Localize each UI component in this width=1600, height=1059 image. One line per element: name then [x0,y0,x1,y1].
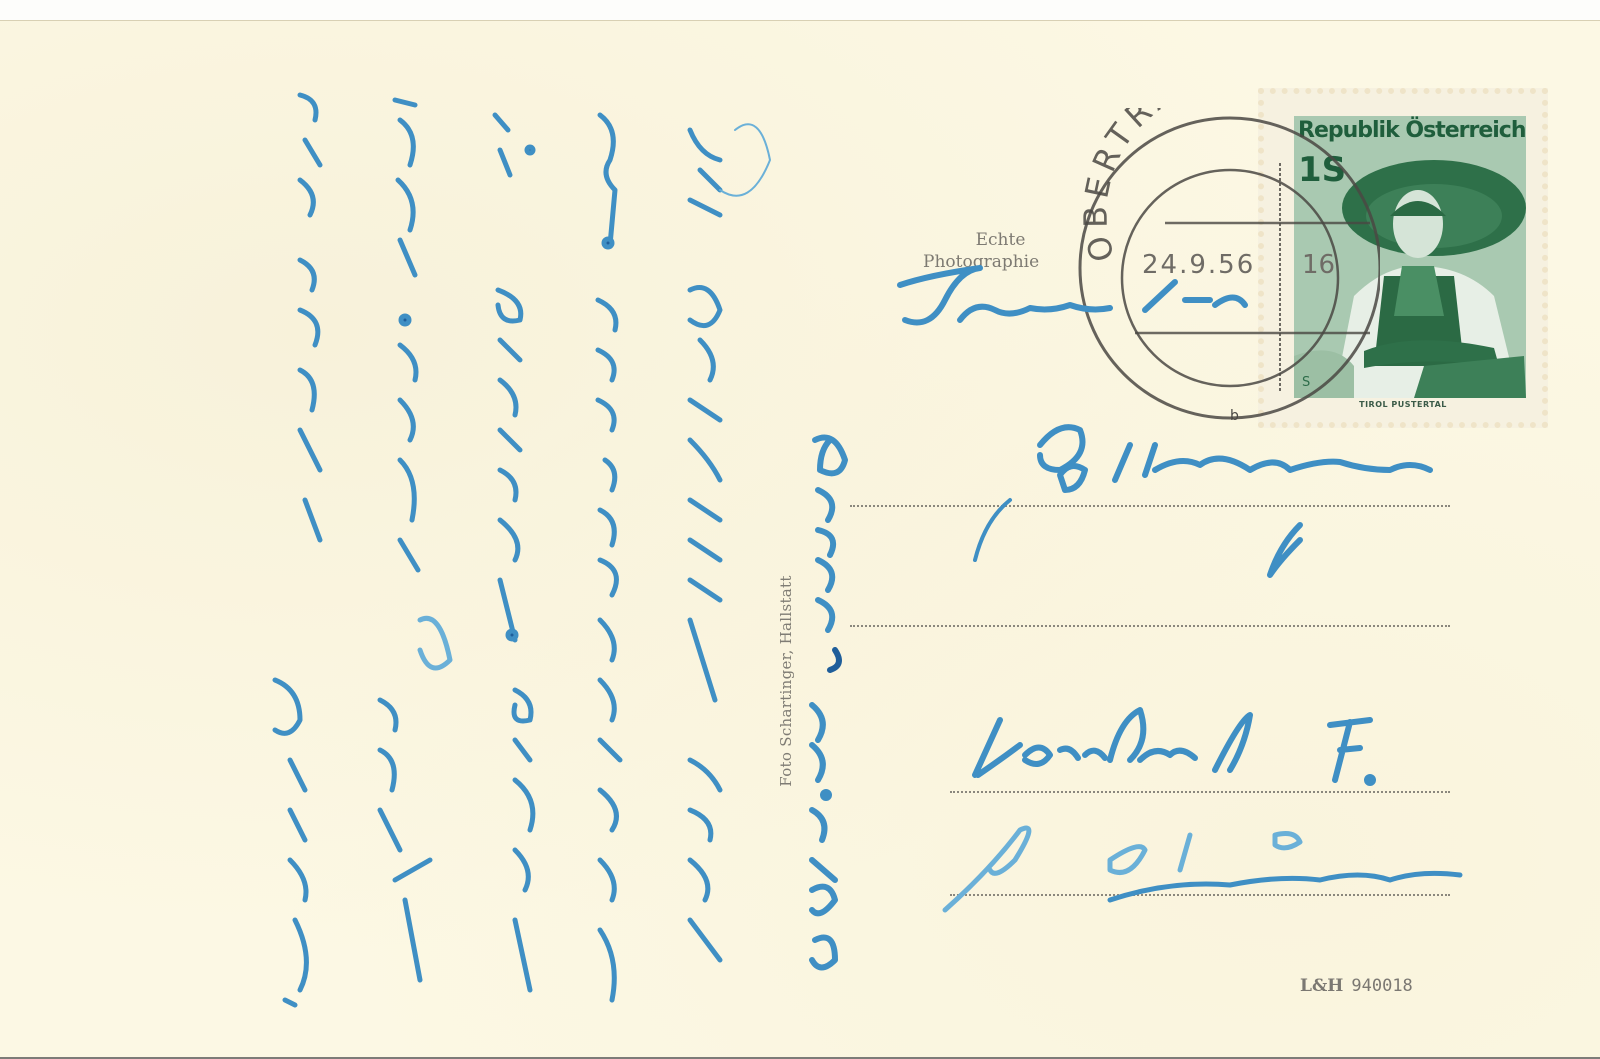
postmark-date: 24.9.56 [1142,250,1255,280]
address-line-3 [950,791,1450,793]
address-line-1 [850,505,1450,507]
real-photo-label-line1: Echte [923,229,1078,251]
stamp-country: Republik Österreich [1298,118,1526,143]
publisher-code: L&H940018 [1300,976,1413,996]
card-number: 940018 [1351,976,1412,996]
address-line-2 [850,625,1450,627]
address-line-4 [950,894,1450,896]
photographer-credit: Foto Schartinger, Hallstatt [777,575,795,786]
postmark-hour: 16 [1302,250,1335,280]
publisher-logo: L&H [1300,976,1343,996]
stamp-denomination: 1S [1298,150,1346,190]
stamp-corner-mark: S [1302,375,1310,390]
real-photo-label: Echte Photographie [923,229,1078,273]
stamp-caption: TIROL PUSTERTAL [1258,400,1548,409]
real-photo-label-line2: Photographie [923,251,1078,273]
